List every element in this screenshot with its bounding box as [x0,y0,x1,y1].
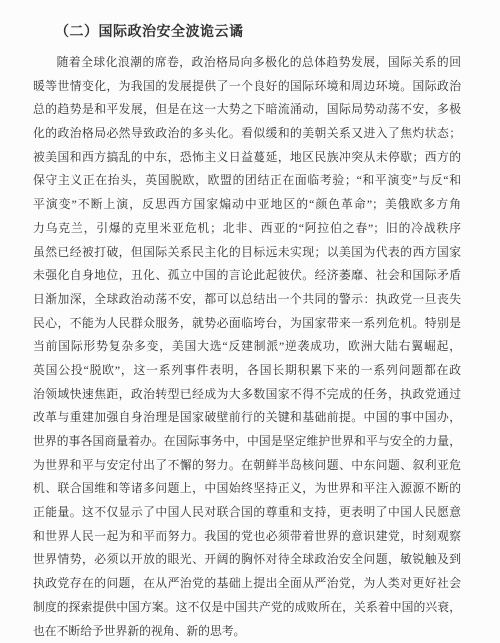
paragraph-line: 正能量。这不仅显示了中国人民对联合国的尊重和支持，更表明了中国人民愿意 [33,501,461,525]
paragraph-line: 化的政治格局必然导致政治的多头化。看似缓和的美朝关系又进入了焦灼状态； [33,122,461,146]
paragraph-line: 随着全球化浪潮的席卷，政治格局向多极化的总体趋势发展，国际关系的回 [33,51,461,75]
paragraph-line: 力乌克兰，引爆的克里米亚危机；北非、西亚的“阿拉伯之春”；旧的冷战秩序 [33,217,461,241]
paragraph-line: 世界的事各国商量着办。在国际事务中，中国是坚定维护世界和平与安全的力量， [33,430,461,454]
paragraph-line: 日渐加深，全球政治动荡不安，都可以总结出一个共同的警示：执政党一旦丧失 [33,288,461,312]
paragraph-line: 机、联合国维和等诸多问题上，中国始终坚持正义，为世界和平注入源源不断的 [33,477,461,501]
paragraph-line: 当前国际形势复杂多变，美国大选“反建制派”逆袭成功，欧洲大陆右翼崛起， [33,335,461,359]
paragraph: 随着全球化浪潮的席卷，政治格局向多极化的总体趋势发展，国际关系的回暖等世情变化，… [33,51,461,643]
paragraph-line: 治领域快速焦距，政治转型已经成为大多数国家不得不完成的任务，执政党通过 [33,383,461,407]
paragraph-line: 也在不断给予世界新的视角、新的思考。 [33,620,461,643]
paragraph-line: 暖等世情变化，为我国的发展提供了一个良好的国际环境和周边环境。国际政治 [33,75,461,99]
paragraph-line: 改革与重建加强自身治理是国家破壁前行的关键和基础前提。中国的事中国办， [33,406,461,430]
paragraph-line: 为世界和平与安定付出了不懈的努力。在朝鲜半岛核问题、中东问题、叙利亚危 [33,454,461,478]
paragraph-line: 制度的探索提供中国方案。这不仅是中国共产党的成败所在，关系着中国的兴衰， [33,596,461,620]
paragraph-line: 执政党存在的问题，在从严治党的基础上提出全面从严治党，为人类对更好社会 [33,572,461,596]
paragraph-line: 总的趋势是和平发展，但是在这一大势之下暗流涌动，国际局势动荡不安，多极 [33,98,461,122]
paragraph-line: 平演变”不断上演，反思西方国家煽动中亚地区的“颜色革命”；美俄欧多方角 [33,193,461,217]
paragraph-line: 英国公投“脱欧”，这一系列事件表明，各国长期积累下来的一系列问题都在政 [33,359,461,383]
paragraph-line: 民心，不能为人民群众服务，就势必面临垮台，为国家带来一系列危机。特别是 [33,312,461,336]
section-heading: （二）国际政治安全波诡云谲 [33,21,461,45]
paragraph-line: 未强化自身地位，丑化、孤立中国的言论此起彼伏。经济萎靡、社会和国际矛盾 [33,264,461,288]
paragraph-line: 被美国和西方搞乱的中东，恐怖主义日益蔓延，地区民族冲突从未停歇；西方的 [33,146,461,170]
paragraph-line: 世界情势，必须以开放的眼光、开阔的胸怀对待全球政治安全问题，敏锐触及到 [33,548,461,572]
document-page: （二）国际政治安全波诡云谲 随着全球化浪潮的席卷，政治格局向多极化的总体趋势发展… [0,0,500,643]
paragraph-line: 虽然已经被打破，但国际关系民主化的目标远未实现；以美国为代表的西方国家 [33,241,461,265]
paragraph-line: 保守主义正在抬头，英国脱欧，欧盟的团结正在面临考验；“和平演变”与反“和 [33,169,461,193]
paragraph-line: 和世界人民一起为和平而努力。我国的党也必须带着世界的意识建党，时刻观察 [33,525,461,549]
